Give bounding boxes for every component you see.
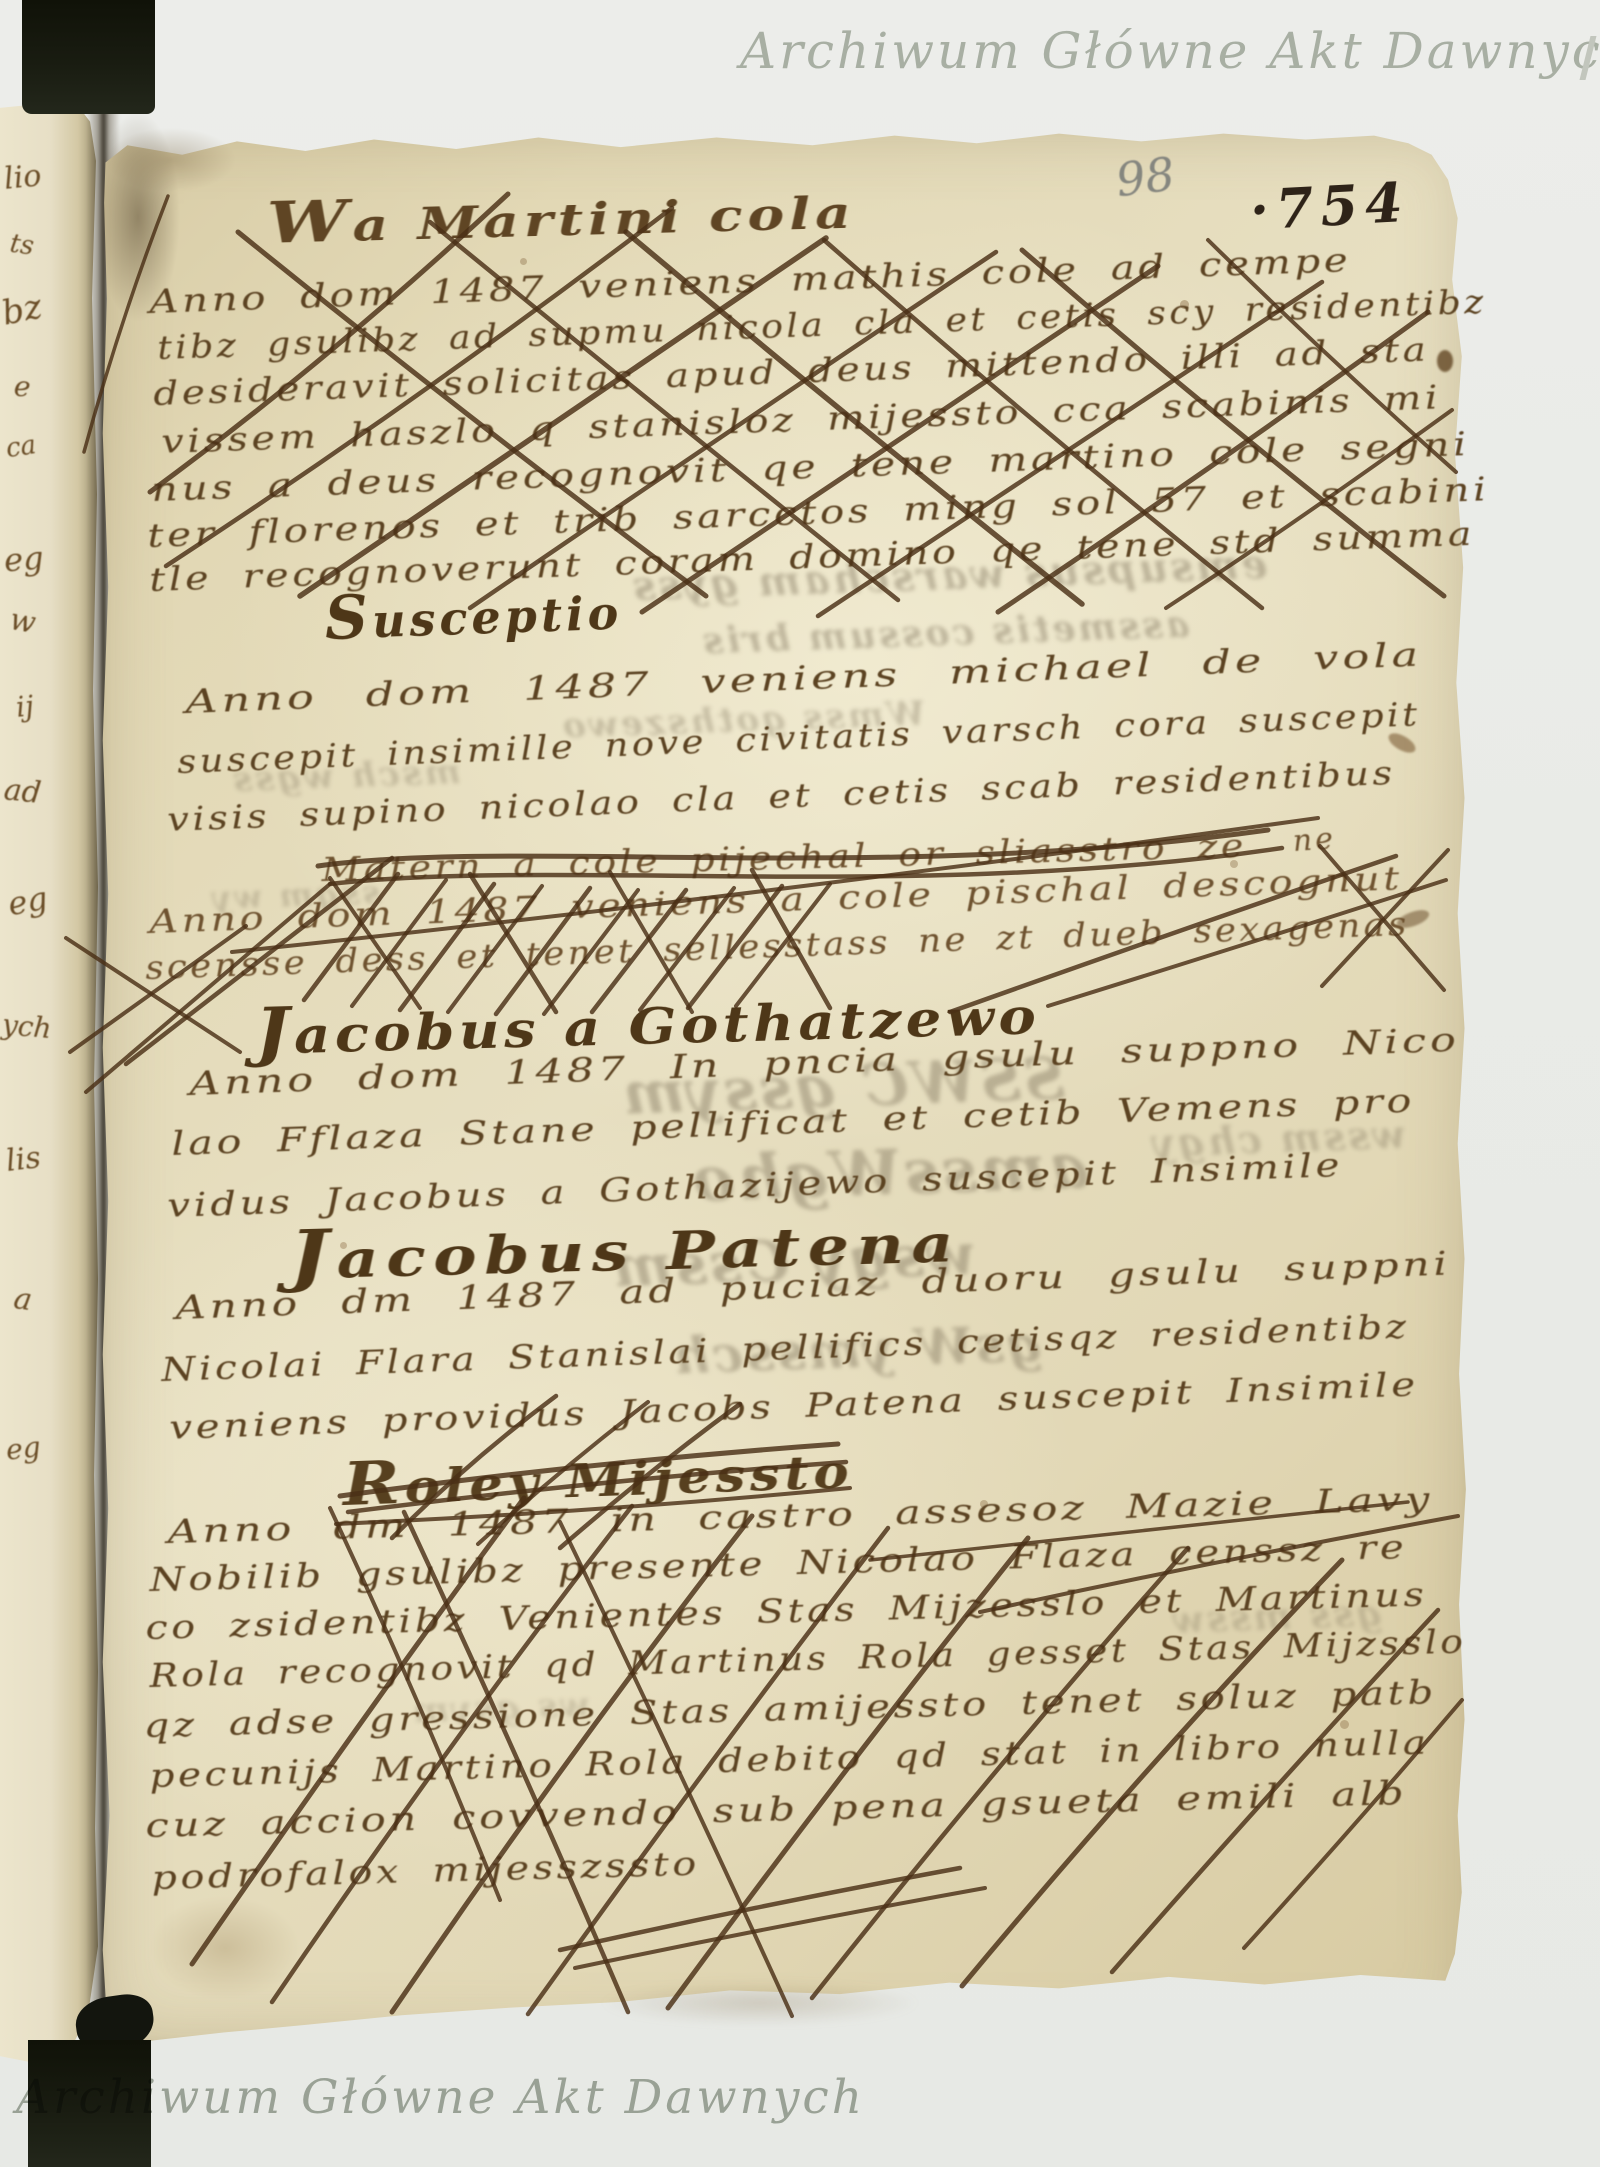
folio-number-pencil: 98 — [1113, 147, 1178, 208]
marginal-fragment: ad — [2, 772, 43, 811]
marginal-fragment: ych — [1, 1008, 53, 1045]
marginal-fragment: w — [7, 602, 38, 641]
marginal-fragment: lis — [4, 1140, 43, 1179]
marginal-fragment: a — [11, 1281, 34, 1318]
archive-watermark-bottom: Archiwum Główne Akt Dawnych — [16, 2070, 865, 2125]
marginal-fragment: eg — [5, 1431, 42, 1467]
section-heading-susceptio: Susceptio — [324, 574, 624, 654]
facing-page-edge: lio ts bz e ca eg w ij ad eg ych lis a e… — [0, 102, 100, 2064]
marginal-fragment: ca — [4, 430, 38, 464]
marginal-fragment: ij — [14, 689, 35, 724]
film-strip-top — [22, 0, 155, 114]
marginal-fragment: e — [13, 369, 32, 403]
marginal-fragment: ts — [8, 228, 36, 261]
marginal-fragment: lio — [2, 158, 43, 197]
scanned-manuscript-page: lio ts bz e ca eg w ij ad eg ych lis a e… — [0, 0, 1600, 2167]
marginal-fragment: bz — [0, 286, 45, 333]
margin-word: ne — [1292, 821, 1337, 859]
marginal-fragment: eg — [3, 539, 45, 580]
folio-number-ink: ·754 — [1248, 170, 1411, 242]
marginal-fragment: eg — [5, 879, 50, 923]
archive-watermark-top: Archiwum Główne Akt Dawnych — [740, 22, 1600, 80]
